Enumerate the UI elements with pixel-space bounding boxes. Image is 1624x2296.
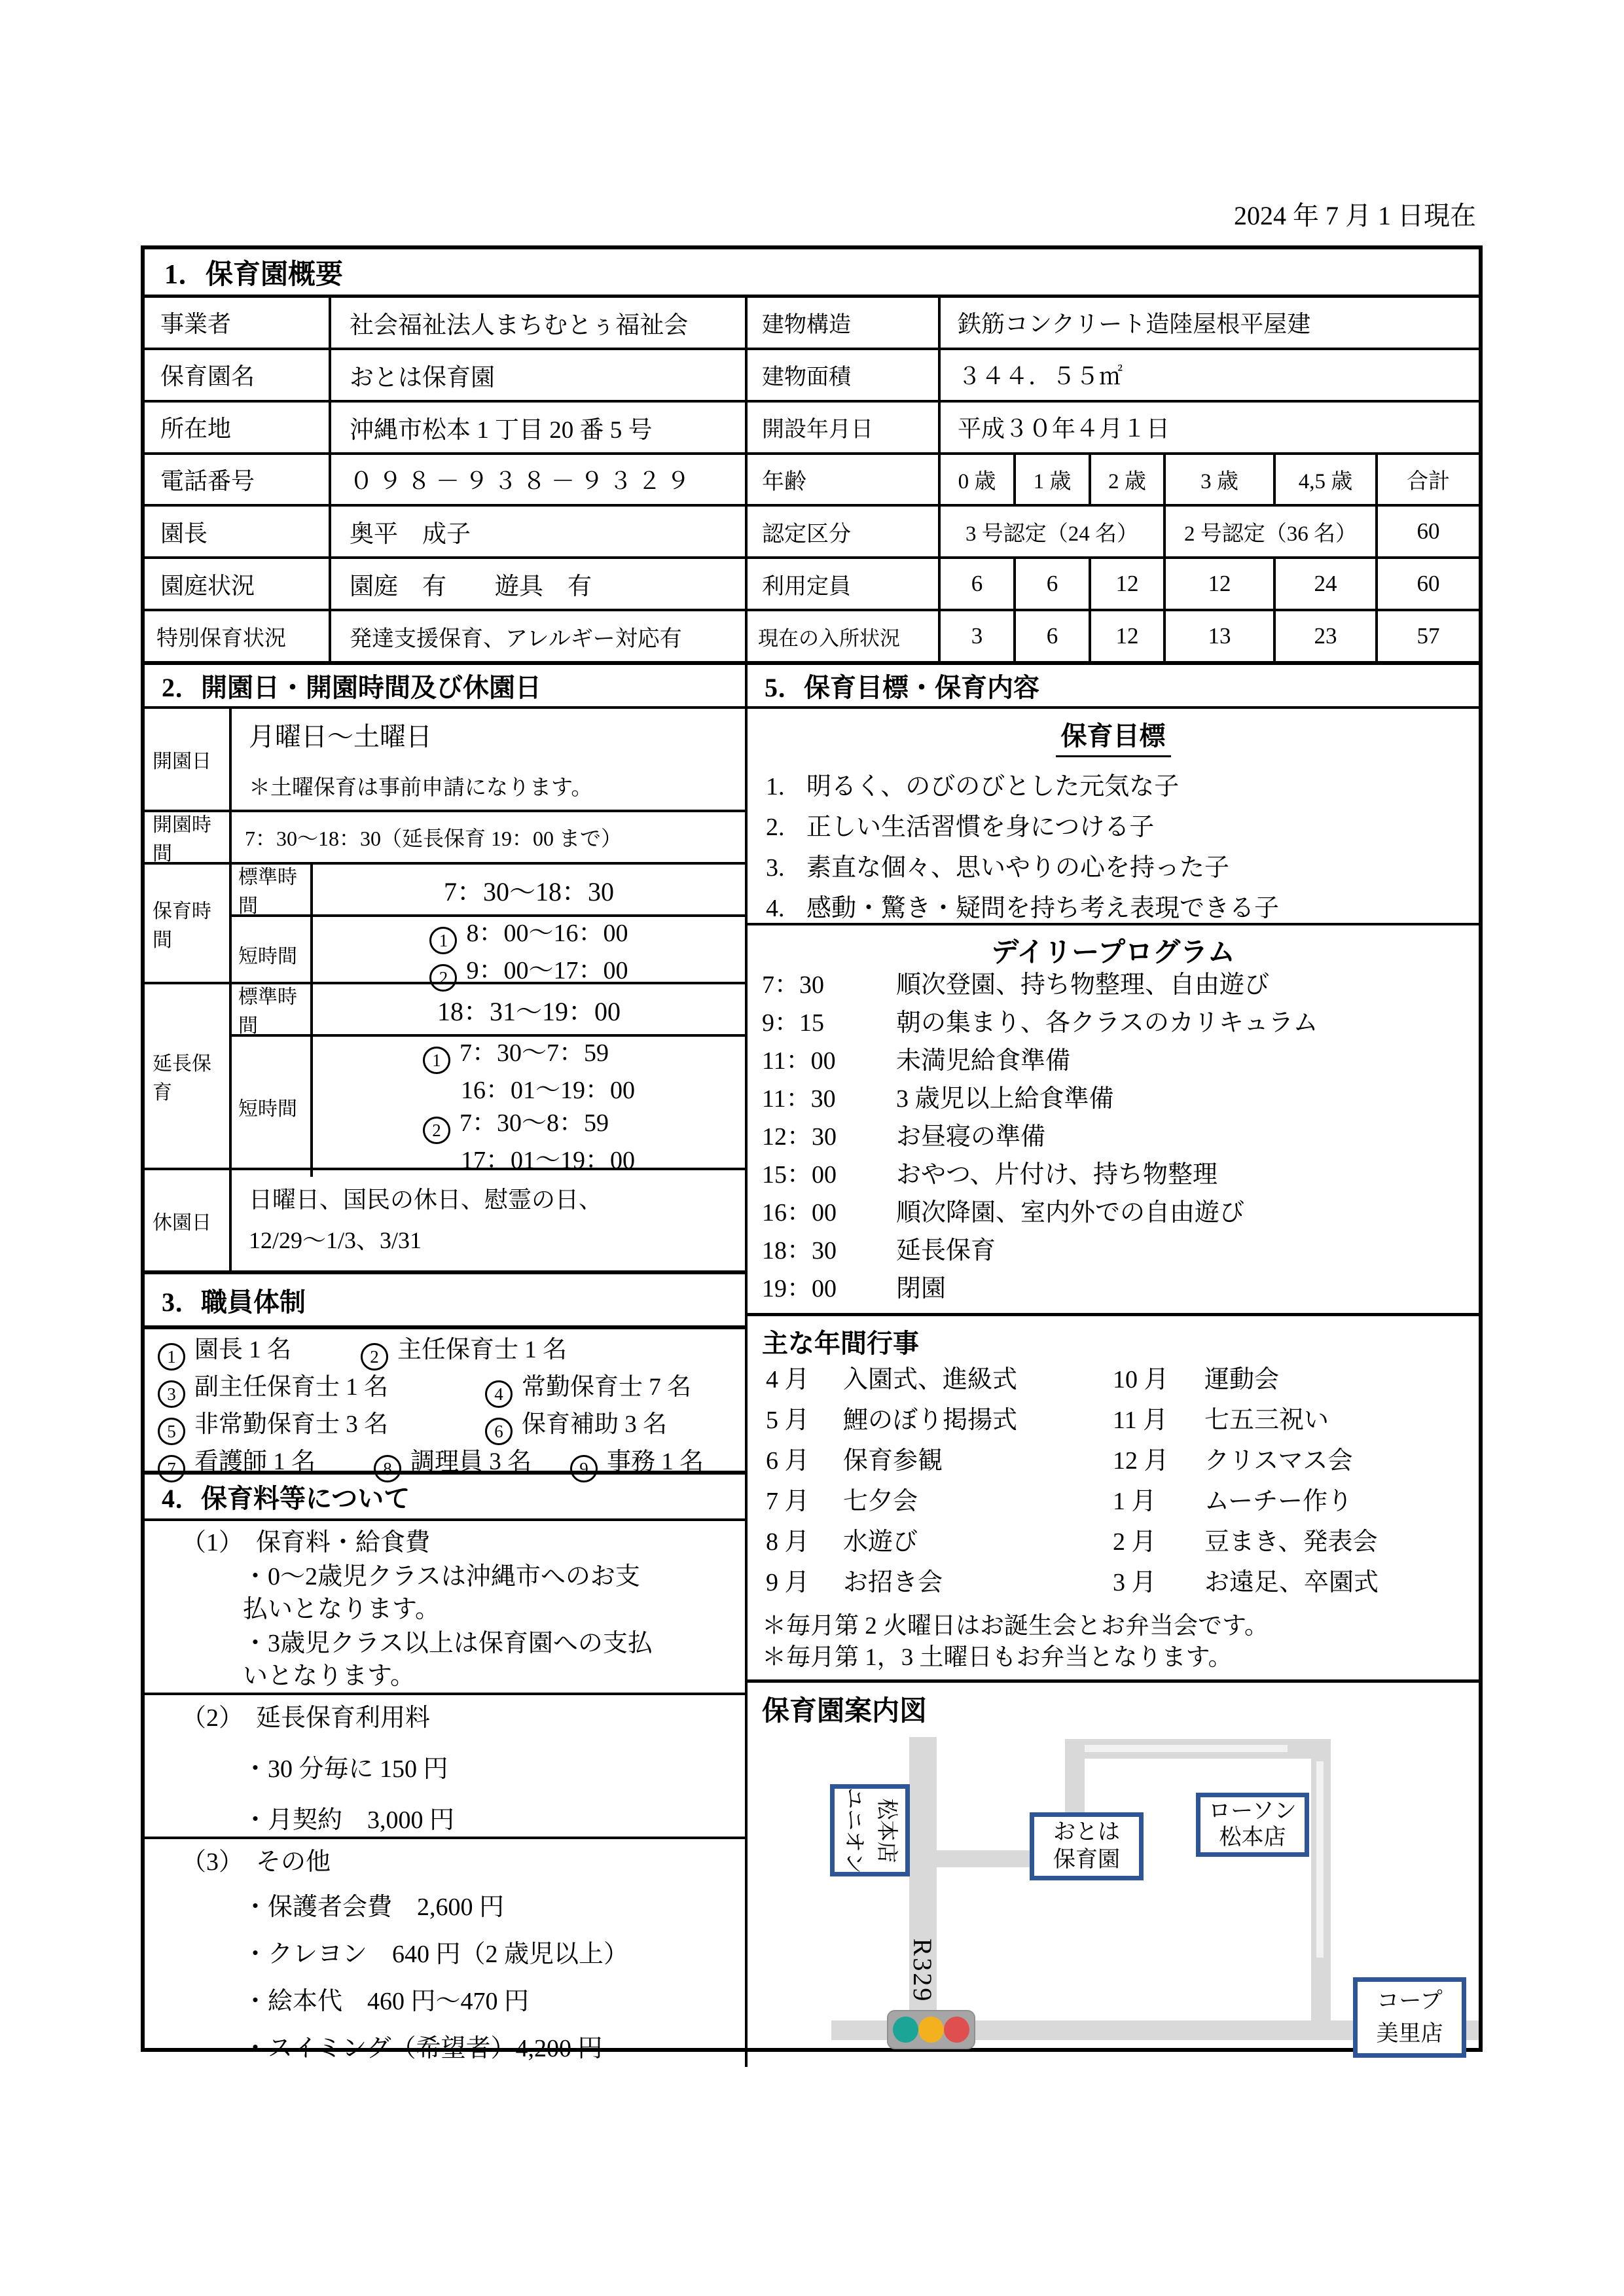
daily-row: 12：30お昼寝の準備 (748, 1118, 1479, 1156)
row-label: 休園日 (145, 1170, 232, 1270)
enrollment-value: 3 (938, 611, 1013, 661)
map-box-line: 松本店 (1219, 1825, 1286, 1851)
daily-desc: お昼寝の準備 (896, 1118, 1045, 1156)
daily-time: 11：00 (762, 1042, 896, 1080)
row-label: 開設年月日 (745, 403, 938, 452)
road-label-r329: R329 (890, 1938, 956, 2003)
row-label: 園長 (145, 507, 329, 556)
time-line: 18：00～16：00 (429, 917, 628, 954)
age-col-header: 0 歳 (938, 455, 1013, 505)
event-row: 5 月鯉のぼり掲揚式 (766, 1400, 1113, 1441)
section-2-title: 2．開園日・開園時間及び休園日 (145, 665, 745, 706)
row-value: おとは保育園 (329, 350, 745, 400)
row-label: 建物面積 (745, 350, 938, 400)
daily-row: 15：00おやつ、片付け、持ち物整理 (748, 1156, 1479, 1194)
event-month: 8 月 (766, 1522, 843, 1562)
event-month: 3 月 (1113, 1562, 1204, 1603)
care-standard-value: 7：30～18：30 (313, 865, 745, 914)
union-rotated-text: 松本店 ユニオン (837, 1787, 903, 1874)
time-text: 16：01～19：00 (423, 1077, 635, 1104)
row-label: 認定区分 (745, 507, 938, 556)
daily-row: 16：00順次降園、室内外での自由遊び (748, 1194, 1479, 1232)
event-month: 6 月 (766, 1441, 843, 1481)
goal-item: 1.明るく、のびのびとした元気な子 (759, 766, 1479, 807)
road-stub-horizontal (937, 1850, 1030, 1867)
event-month: 11 月 (1113, 1400, 1204, 1441)
closed-day-line: 日曜日、国民の休日、慰霊の日、 (249, 1179, 602, 1220)
goal-number: 2. (759, 807, 806, 848)
map-box-line: コープ (1377, 1985, 1442, 2018)
daily-time: 7：30 (762, 966, 896, 1004)
certification-3: 3 号認定（24 名） (938, 507, 1163, 556)
care-short-lines: 18：00～16：00 29：00～17：00 (429, 917, 628, 992)
events-note: ＊毎月第 2 火曜日はお誕生会とお弁当会です。 (762, 1611, 1479, 1642)
events-col-second-half: 10 月運動会 11 月七五三祝い 12 月クリスマス会 1 月ムーチー作り 2… (1113, 1359, 1379, 1603)
circled-number: 3 (158, 1380, 185, 1408)
staff-line: 5非常勤保育士 3 名 6保育補助 3 名 (158, 1408, 745, 1445)
section-1-title: 1．保育園概要 (145, 249, 1479, 295)
event-text: 豆まき、発表会 (1204, 1522, 1377, 1562)
daily-desc: 順次登園、持ち物整理、自由遊び (896, 966, 1269, 1004)
circled-number: 2 (423, 1117, 450, 1144)
daily-row: 11：303 歳児以上給食準備 (748, 1080, 1479, 1118)
fee-heading: （3） その他 (145, 1846, 745, 1878)
map-box-line: おとは (1053, 1819, 1120, 1846)
goal-number: 1. (759, 766, 806, 807)
map-box-line: 美里店 (1377, 2018, 1443, 2051)
events-note: ＊毎月第 1，3 土曜日もお弁当となります。 (762, 1642, 1479, 1674)
event-month: 1 月 (1113, 1481, 1204, 1522)
extended-care-sub: 標準時間 18：31～19：00 短時間 17：30～7：59 16：01～19… (232, 984, 745, 1168)
daily-time: 19：00 (762, 1270, 896, 1308)
staff-text: 常勤保育士 7 名 (522, 1374, 691, 1401)
daily-desc: 延長保育 (896, 1232, 996, 1270)
time-line: 27：30～8：59 (423, 1107, 635, 1144)
event-row: 3 月お遠足、卒園式 (1113, 1562, 1379, 1603)
fee-item: ・保護者会費 2,600 円 (243, 1889, 655, 1926)
event-row: 1 月ムーチー作り (1113, 1481, 1379, 1522)
age-col-header: 3 歳 (1163, 455, 1273, 505)
event-row: 4 月入園式、進級式 (766, 1359, 1113, 1400)
certification-2: 2 号認定（36 名） (1163, 507, 1375, 556)
care-time-row: 保育時間 標準時間 7：30～18：30 短時間 18：00～16：00 29： (145, 862, 745, 982)
traffic-light-green (893, 2017, 918, 2043)
staff-text: 保育補助 3 名 (522, 1411, 667, 1438)
daily-row: 9：15朝の集まり、各クラスのカリキュラム (748, 1004, 1479, 1042)
map-box-line: 保育園 (1053, 1846, 1120, 1874)
event-month: 9 月 (766, 1562, 843, 1603)
map-box-line: 松本店 (870, 1787, 903, 1874)
open-day-value: 月曜日～土曜日 ＊土曜保育は事前申請になります。 (232, 709, 592, 810)
row-value: 社会福祉法人まちむとぅ福祉会 (329, 298, 745, 348)
goal-number: 3. (759, 848, 806, 888)
event-row: 2 月豆まき、発表会 (1113, 1522, 1379, 1562)
daily-time: 11：30 (762, 1080, 896, 1118)
goal-text: 明るく、のびのびとした元気な子 (806, 766, 1179, 807)
date-note: 2024 年 7 月 1 日現在 (1234, 195, 1476, 232)
fee-heading: （2） 延長保育利用料 (145, 1702, 745, 1734)
row-value: ３４４．５５㎡ (938, 350, 1479, 400)
time-line: 17：30～7：59 (423, 1037, 635, 1074)
map-box-line: ローソン (1208, 1799, 1297, 1825)
extended-short-lines: 17：30～7：59 16：01～19：00 27：30～8：59 17：01～… (423, 1037, 635, 1177)
annual-events-block: 主な年間行事 4 月入園式、進級式 5 月鯉のぼり掲揚式 6 月保育参観 7 月… (748, 1313, 1479, 1679)
event-row: 7 月七夕会 (766, 1481, 1113, 1522)
goals-block: 保育目標 1.明るく、のびのびとした元気な子 2.正しい生活習慣を身につける子 … (748, 706, 1479, 923)
goal-item: 3.素直な個々、思いやりの心を持った子 (759, 848, 1479, 888)
extended-care-row: 延長保育 標準時間 18：31～19：00 短時間 17：30～7：59 16： (145, 982, 745, 1168)
events-grid: 4 月入園式、進級式 5 月鯉のぼり掲揚式 6 月保育参観 7 月七夕会 8 月… (748, 1359, 1479, 1603)
event-row: 8 月水遊び (766, 1522, 1113, 1562)
daily-time: 16：00 (762, 1194, 896, 1232)
road-stub-vertical (1065, 1739, 1085, 1818)
sub-label: 標準時間 (232, 865, 313, 914)
row-label: 建物構造 (745, 298, 938, 348)
time-text: 8：00～16：00 (466, 920, 628, 947)
events-heading: 主な年間行事 (762, 1323, 1479, 1359)
row-value: 発達支援保育、アレルギー対応有 (329, 611, 745, 661)
event-row: 11 月七五三祝い (1113, 1400, 1379, 1441)
event-text: 鯉のぼり掲揚式 (843, 1400, 1017, 1441)
row-label: 電話番号 (145, 455, 329, 505)
care-short-value: 18：00～16：00 29：00～17：00 (313, 917, 745, 992)
table-row: 園長 奥平 成子 認定区分 3 号認定（24 名） 2 号認定（36 名） 60 (145, 504, 1479, 556)
row-label: 保育時間 (145, 865, 232, 982)
goals-list: 1.明るく、のびのびとした元気な子 2.正しい生活習慣を身につける子 3.素直な… (748, 766, 1479, 929)
time-text: 9：00～17：00 (466, 957, 628, 984)
overview-table: 事業者 社会福祉法人まちむとぅ福祉会 建物構造 鉄筋コンクリート造陸屋根平屋建 … (145, 295, 1479, 661)
event-month: 10 月 (1113, 1359, 1204, 1400)
goals-heading: 保育目標 (748, 715, 1479, 757)
open-day-note: ＊土曜保育は事前申請になります。 (249, 770, 592, 801)
map-block: 保育園案内図 R329 (748, 1679, 1479, 2067)
road-right-stripe (1316, 1761, 1324, 1958)
enrollment-value: 23 (1273, 611, 1375, 661)
table-row: 保育園名 おとは保育園 建物面積 ３４４．５５㎡ (145, 348, 1479, 400)
event-text: 入園式、進級式 (843, 1359, 1017, 1400)
staff-item: 2主任保育士 1 名 (361, 1333, 567, 1371)
capacity-value: 6 (1013, 559, 1089, 609)
event-text: 七五三祝い (1204, 1400, 1329, 1441)
staff-list: 1園長 1 名 2主任保育士 1 名 3副主任保育士 1 名 4常勤保育士 7 … (145, 1325, 745, 1471)
circled-number: 2 (361, 1343, 388, 1371)
staff-text: 非常勤保育士 3 名 (194, 1411, 388, 1438)
map-box-union-matsumoto: 松本店 ユニオン (830, 1784, 910, 1876)
daily-row: 7：30順次登園、持ち物整理、自由遊び (748, 966, 1479, 1004)
staff-text: 園長 1 名 (194, 1336, 291, 1363)
daily-desc: 朝の集まり、各クラスのカリキュラム (896, 1004, 1318, 1042)
events-col-first-half: 4 月入園式、進級式 5 月鯉のぼり掲揚式 6 月保育参観 7 月七夕会 8 月… (766, 1359, 1113, 1603)
closed-day-line: 12/29～1/3、3/31 (249, 1220, 602, 1261)
age-col-header: 1 歳 (1013, 455, 1089, 505)
extended-standard-row: 標準時間 18：31～19：00 (232, 984, 745, 1037)
staff-line: 3副主任保育士 1 名 4常勤保育士 7 名 (158, 1371, 745, 1408)
row-value: 平成３０年４月１日 (938, 403, 1479, 452)
daily-desc: 未満児給食準備 (896, 1042, 1070, 1080)
daily-time: 15：00 (762, 1156, 896, 1194)
extended-short-row: 短時間 17：30～7：59 16：01～19：00 27：30～8：59 17… (232, 1037, 745, 1177)
open-day-row: 開園日 月曜日～土曜日 ＊土曜保育は事前申請になります。 (145, 706, 745, 810)
row-label: 開園時間 (145, 812, 232, 862)
event-row: 6 月保育参観 (766, 1441, 1113, 1481)
circled-number: 1 (158, 1343, 185, 1371)
fee-item: ・3歳児クラス以上は保育園への支払いとなります。 (243, 1627, 655, 1693)
circled-number: 6 (485, 1418, 513, 1445)
fee-item: ・スイミング（希望者）4,200 円 (243, 2030, 655, 2067)
row-label: 所在地 (145, 403, 329, 452)
extended-short-value: 17：30～7：59 16：01～19：00 27：30～8：59 17：01～… (313, 1037, 745, 1177)
event-text: 七夕会 (843, 1481, 918, 1522)
map-box-lawson-matsumoto: ローソン 松本店 (1196, 1793, 1309, 1857)
goal-item: 2.正しい生活習慣を身につける子 (759, 807, 1479, 848)
staff-text: 副主任保育士 1 名 (194, 1374, 388, 1401)
traffic-light-red (944, 2017, 969, 2043)
closed-day-value: 日曜日、国民の休日、慰霊の日、 12/29～1/3、3/31 (232, 1170, 602, 1270)
document-page: 2024 年 7 月 1 日現在 1．保育園概要 事業者 社会福祉法人まちむとぅ… (0, 0, 1624, 2296)
capacity-value: 12 (1163, 559, 1273, 609)
event-row: 12 月クリスマス会 (1113, 1441, 1379, 1481)
section-3-title: 3．職員体制 (145, 1270, 745, 1325)
staff-item: 3副主任保育士 1 名 (158, 1371, 485, 1408)
goal-text: 正しい生活習慣を身につける子 (806, 807, 1154, 848)
traffic-light-yellow (918, 2017, 944, 2043)
staff-item: 4常勤保育士 7 名 (485, 1371, 691, 1408)
map-box-coop-misato: コープ 美里店 (1353, 1977, 1466, 2058)
right-column: 5．保育目標・保育内容 保育目標 1.明るく、のびのびとした元気な子 2.正しい… (745, 665, 1479, 2067)
circled-number: 1 (423, 1047, 450, 1074)
row-label: 利用定員 (745, 559, 938, 609)
event-text: 保育参観 (843, 1441, 943, 1481)
capacity-value: 6 (938, 559, 1013, 609)
open-day-text: 月曜日～土曜日 (249, 721, 592, 753)
event-text: お招き会 (843, 1562, 943, 1603)
enrollment-value: 13 (1163, 611, 1273, 661)
row-label: 延長保育 (145, 984, 232, 1168)
open-time-row: 開園時間 7：30～18：30（延長保育 19：00 まで） (145, 810, 745, 862)
sub-label: 標準時間 (232, 984, 313, 1034)
row-label: 園庭状況 (145, 559, 329, 609)
sub-label: 短時間 (232, 1037, 313, 1177)
certification-total: 60 (1375, 507, 1479, 556)
event-month: 4 月 (766, 1359, 843, 1400)
daily-desc: 3 歳児以上給食準備 (896, 1080, 1114, 1118)
event-row: 9 月お招き会 (766, 1562, 1113, 1603)
staff-line: 1園長 1 名 2主任保育士 1 名 (158, 1333, 745, 1371)
daily-desc: 順次降園、室内外での自由遊び (896, 1194, 1244, 1232)
fee-heading: （1） 保育料・給食費 (145, 1526, 745, 1559)
care-time-sub: 標準時間 7：30～18：30 短時間 18：00～16：00 29：00～17… (232, 865, 745, 982)
daily-row: 11：00未満児給食準備 (748, 1042, 1479, 1080)
row-label: 事業者 (145, 298, 329, 348)
time-text: 7：30～7：59 (460, 1039, 609, 1067)
fee-item: ・絵本代 460 円～470 円 (243, 1983, 655, 2020)
table-row: 特別保育状況 発達支援保育、アレルギー対応有 現在の入所状況 3 6 12 13… (145, 609, 1479, 661)
row-label: 現在の入所状況 (745, 611, 938, 661)
section-4-title: 4．保育料等について (145, 1471, 745, 1518)
staff-item: 5非常勤保育士 3 名 (158, 1408, 485, 1445)
event-text: ムーチー作り (1204, 1481, 1352, 1522)
map-box-line: ユニオン (837, 1787, 870, 1874)
table-row: 事業者 社会福祉法人まちむとぅ福祉会 建物構造 鉄筋コンクリート造陸屋根平屋建 (145, 298, 1479, 348)
staff-item: 6保育補助 3 名 (485, 1408, 667, 1445)
row-value: 沖縄市松本 1 丁目 20 番 5 号 (329, 403, 745, 452)
road-top-stripe (1072, 1745, 1288, 1752)
daily-time: 12：30 (762, 1118, 896, 1156)
event-month: 5 月 (766, 1400, 843, 1441)
info-sheet: 1．保育園概要 事業者 社会福祉法人まちむとぅ福祉会 建物構造 鉄筋コンクリート… (141, 245, 1483, 2052)
event-month: 12 月 (1113, 1441, 1204, 1481)
fee-item: ・30 分毎に 150 円 (243, 1753, 655, 1785)
event-text: クリスマス会 (1204, 1441, 1352, 1481)
fee-block-2: （2） 延長保育利用料 ・30 分毎に 150 円 ・月契約 3,000 円 (145, 1693, 745, 1837)
daily-time: 18：30 (762, 1232, 896, 1270)
table-row: 電話番号 ０９８－９３８－９３２９ 年齢 0 歳 1 歳 2 歳 3 歳 4,5… (145, 452, 1479, 505)
enrollment-total: 57 (1375, 611, 1479, 661)
open-time-value: 7：30～18：30（延長保育 19：00 まで） (232, 812, 622, 862)
table-row: 所在地 沖縄市松本 1 丁目 20 番 5 号 開設年月日 平成３０年４月１日 (145, 400, 1479, 452)
age-col-header: 2 歳 (1089, 455, 1163, 505)
event-month: 7 月 (766, 1481, 843, 1522)
circled-number: 5 (158, 1418, 185, 1445)
daily-heading: デイリープログラム (748, 931, 1479, 966)
fee-item: ・月契約 3,000 円 (243, 1804, 655, 1837)
row-label: 年齢 (745, 455, 938, 505)
row-label: 開園日 (145, 709, 232, 810)
event-text: 水遊び (843, 1522, 918, 1562)
daily-desc: 閉園 (896, 1270, 946, 1308)
daily-program-block: デイリープログラム 7：30順次登園、持ち物整理、自由遊び 9：15朝の集まり、… (748, 923, 1479, 1313)
extended-standard-value: 18：31～19：00 (313, 984, 745, 1034)
left-column: 2．開園日・開園時間及び休園日 開園日 月曜日～土曜日 ＊土曜保育は事前申請にな… (145, 665, 745, 2067)
daily-desc: おやつ、片付け、持ち物整理 (896, 1156, 1218, 1194)
phone-number: ０９８－９３８－９３２９ (329, 455, 745, 505)
closed-day-row: 休園日 日曜日、国民の休日、慰霊の日、 12/29～1/3、3/31 (145, 1168, 745, 1270)
row-value: 園庭 有 遊具 有 (329, 559, 745, 609)
capacity-value: 12 (1089, 559, 1163, 609)
age-col-header: 4,5 歳 (1273, 455, 1375, 505)
care-standard-row: 標準時間 7：30～18：30 (232, 865, 745, 917)
daily-time: 9：15 (762, 1004, 896, 1042)
enrollment-value: 6 (1013, 611, 1089, 661)
time-text: 7：30～8：59 (460, 1109, 609, 1137)
age-col-header: 合計 (1375, 455, 1479, 505)
fee-item: ・0～2歳児クラスは沖縄市へのお支払いとなります。 (243, 1560, 655, 1626)
table-row: 園庭状況 園庭 有 遊具 有 利用定員 6 6 12 12 24 60 (145, 556, 1479, 609)
capacity-value: 24 (1273, 559, 1375, 609)
row-value: 奥平 成子 (329, 507, 745, 556)
daily-row: 19：00閉園 (748, 1270, 1479, 1308)
fee-block-3: （3） その他 ・保護者会費 2,600 円 ・クレヨン 640 円（2 歳児以… (145, 1837, 745, 2067)
capacity-total: 60 (1375, 559, 1479, 609)
fee-item: ・クレヨン 640 円（2 歳児以上） (243, 1936, 655, 1973)
events-notes: ＊毎月第 2 火曜日はお誕生会とお弁当会です。 ＊毎月第 1，3 土曜日もお弁当… (748, 1611, 1479, 1674)
event-month: 2 月 (1113, 1522, 1204, 1562)
map-box-otoha-hoikuen: おとは 保育園 (1030, 1812, 1144, 1880)
sheet-body: 2．開園日・開園時間及び休園日 開園日 月曜日～土曜日 ＊土曜保育は事前申請にな… (145, 661, 1479, 2067)
circled-number: 4 (485, 1380, 513, 1408)
enrollment-value: 12 (1089, 611, 1163, 661)
daily-row: 18：30延長保育 (748, 1232, 1479, 1270)
staff-item: 1園長 1 名 (158, 1333, 361, 1371)
fee-block-1: （1） 保育料・給食費 ・0～2歳児クラスは沖縄市へのお支払いとなります。 ・3… (145, 1518, 745, 1693)
staff-text: 主任保育士 1 名 (397, 1336, 567, 1363)
event-row: 10 月運動会 (1113, 1359, 1379, 1400)
traffic-light-icon (887, 2010, 975, 2049)
row-value: 鉄筋コンクリート造陸屋根平屋建 (938, 298, 1479, 348)
goals-heading-text: 保育目標 (1056, 715, 1171, 757)
circled-number: 1 (429, 927, 457, 954)
event-text: 運動会 (1204, 1359, 1279, 1400)
goal-text: 素直な個々、思いやりの心を持った子 (806, 848, 1229, 888)
time-line: 16：01～19：00 (423, 1074, 635, 1107)
map-heading: 保育園案内図 (762, 1689, 927, 1729)
row-label: 保育園名 (145, 350, 329, 400)
row-label: 特別保育状況 (145, 611, 329, 661)
event-text: お遠足、卒園式 (1204, 1562, 1379, 1603)
section-5-title: 5．保育目標・保育内容 (748, 665, 1479, 706)
